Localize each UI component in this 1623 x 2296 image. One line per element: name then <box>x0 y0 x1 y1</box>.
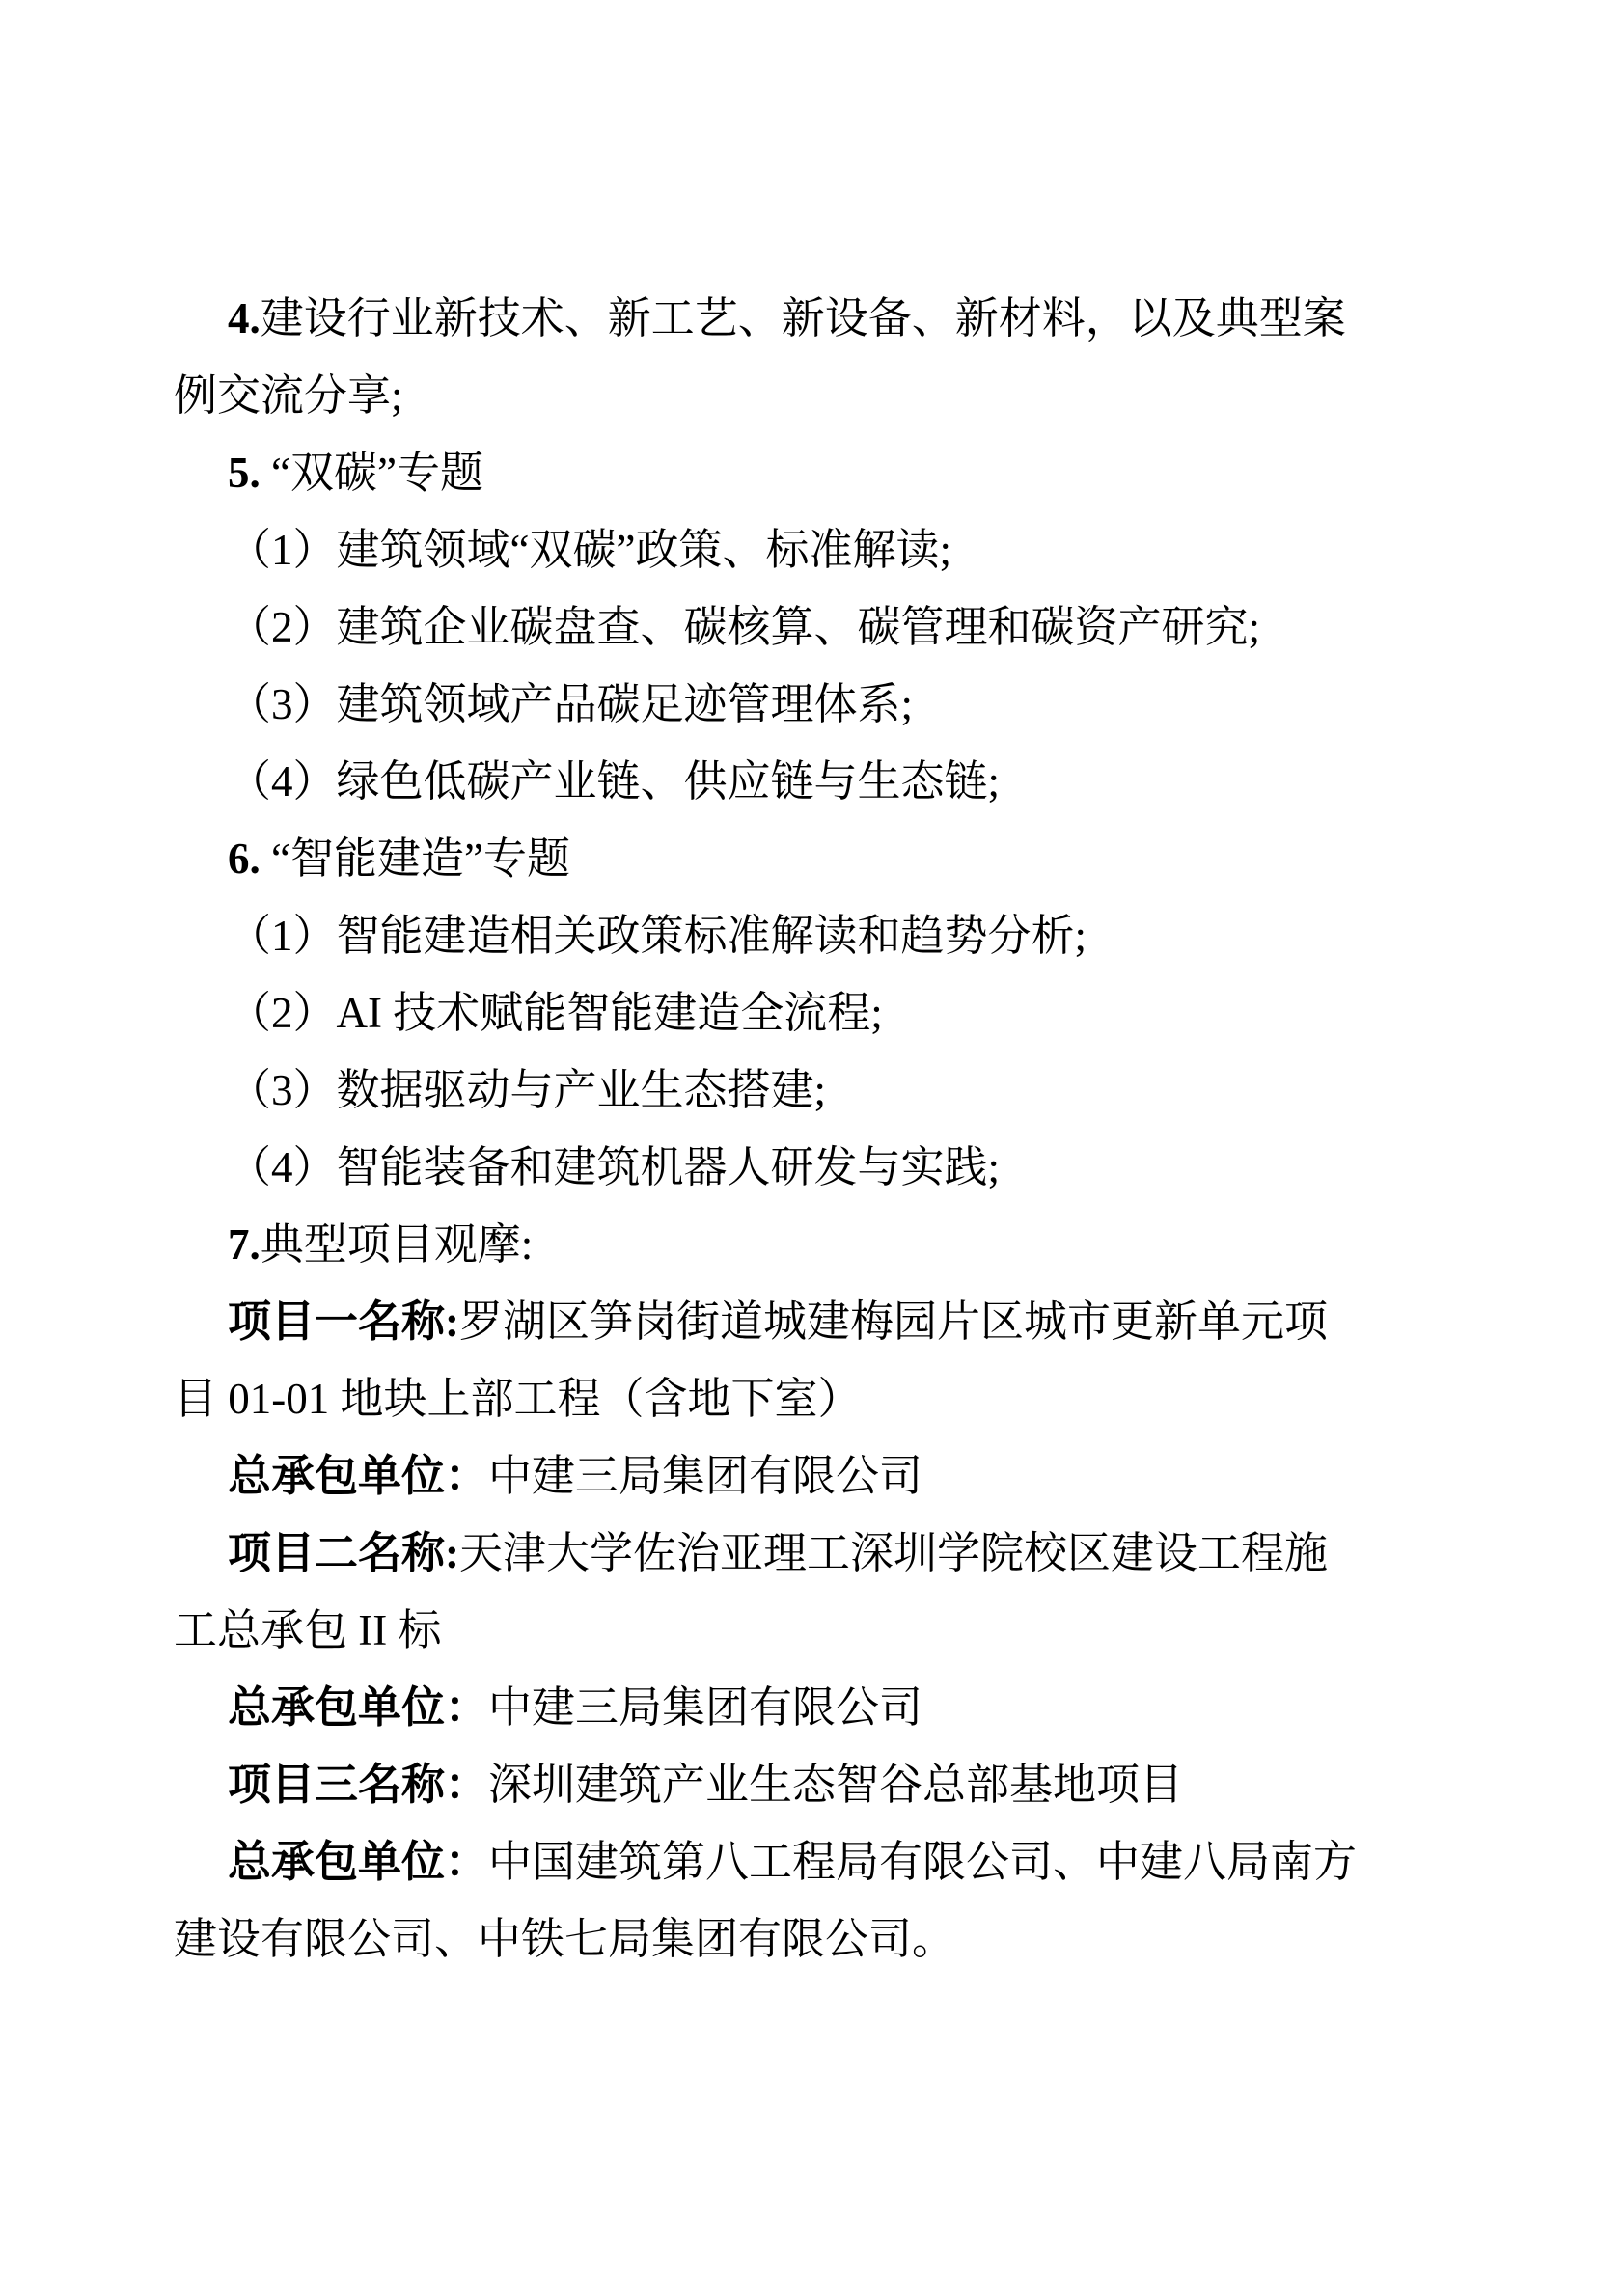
document-line: 总承包单位：中建三局集团有限公司 <box>174 1669 1457 1746</box>
document-line: （3）数据驱动与产业生态搭建; <box>174 1052 1457 1129</box>
line-bold-label: 4. <box>228 294 261 342</box>
line-text: 建设有限公司、中铁七局集团有限公司。 <box>174 1915 955 1963</box>
line-text: 典型项目观摩: <box>261 1220 534 1269</box>
line-text: 罗湖区笋岗街道城建梅园片区城市更新单元项 <box>459 1298 1328 1346</box>
line-text: 深圳建筑产业生态智谷总部基地项目 <box>488 1761 1183 1809</box>
document-line: 总承包单位：中建三局集团有限公司 <box>174 1437 1457 1515</box>
document-line: （2）AI 技术赋能智能建造全流程; <box>174 974 1457 1052</box>
document-line: 项目三名称：深圳建筑产业生态智谷总部基地项目 <box>174 1746 1457 1823</box>
line-bold-label: 项目二名称: <box>228 1529 459 1577</box>
document-line: （4）智能装备和建筑机器人研发与实践; <box>174 1129 1457 1206</box>
line-text: 建设行业新技术、新工艺、新设备、新材料，以及典型案 <box>261 294 1346 342</box>
document-line: 工总承包 II 标 <box>174 1592 1457 1669</box>
line-text: （3）建筑领域产品碳足迹管理体系; <box>228 680 913 728</box>
document-line: 6. “智能建造”专题 <box>174 820 1457 897</box>
line-text: （3）数据驱动与产业生态搭建; <box>228 1066 826 1114</box>
line-text: （2）建筑企业碳盘查、碳核算、碳管理和碳资产研究; <box>228 603 1260 651</box>
document-line: （3）建筑领域产品碳足迹管理体系; <box>174 666 1457 743</box>
document-line: 总承包单位：中国建筑第八工程局有限公司、中建八局南方 <box>174 1823 1457 1900</box>
document-line: （1）智能建造相关政策标准解读和趋势分析; <box>174 897 1457 974</box>
line-text: （1）智能建造相关政策标准解读和趋势分析; <box>228 912 1087 960</box>
document-page: 4.建设行业新技术、新工艺、新设备、新材料，以及典型案例交流分享;5. “双碳”… <box>0 0 1623 2296</box>
line-text: 中建三局集团有限公司 <box>488 1683 922 1732</box>
line-text: （1）建筑领域“双碳”政策、标准解读; <box>228 526 951 574</box>
line-bold-label: 6. <box>228 834 261 883</box>
document-line: 4.建设行业新技术、新工艺、新设备、新材料，以及典型案 <box>174 280 1457 357</box>
document-line: 项目二名称:天津大学佐治亚理工深圳学院校区建设工程施 <box>174 1515 1457 1592</box>
document-line: （4）绿色低碳产业链、供应链与生态链; <box>174 743 1457 820</box>
document-line: （1）建筑领域“双碳”政策、标准解读; <box>174 511 1457 588</box>
document-line: 5. “双碳”专题 <box>174 434 1457 511</box>
document-line: 目 01-01 地块上部工程（含地下室） <box>174 1360 1457 1437</box>
line-text: （4）绿色低碳产业链、供应链与生态链; <box>228 757 1000 806</box>
line-text: 工总承包 II 标 <box>174 1606 441 1654</box>
line-bold-label: 总承包单位： <box>228 1683 488 1732</box>
document-line: 7.典型项目观摩: <box>174 1206 1457 1283</box>
line-text: 中建三局集团有限公司 <box>488 1452 922 1500</box>
document-line: 项目一名称:罗湖区笋岗街道城建梅园片区城市更新单元项 <box>174 1283 1457 1360</box>
line-text: 中国建筑第八工程局有限公司、中建八局南方 <box>488 1838 1357 1886</box>
document-body: 4.建设行业新技术、新工艺、新设备、新材料，以及典型案例交流分享;5. “双碳”… <box>174 280 1457 1978</box>
line-bold-label: 7. <box>228 1220 261 1269</box>
line-text: （4）智能装备和建筑机器人研发与实践; <box>228 1143 1000 1191</box>
line-text: 天津大学佐治亚理工深圳学院校区建设工程施 <box>459 1529 1328 1577</box>
line-text: （2）AI 技术赋能智能建造全流程; <box>228 989 883 1037</box>
line-bold-label: 总承包单位： <box>228 1838 488 1886</box>
line-bold-label: 项目三名称： <box>228 1761 488 1809</box>
line-text: “双碳”专题 <box>261 449 483 497</box>
document-line: （2）建筑企业碳盘查、碳核算、碳管理和碳资产研究; <box>174 588 1457 666</box>
line-bold-label: 总承包单位： <box>228 1452 488 1500</box>
document-line: 建设有限公司、中铁七局集团有限公司。 <box>174 1900 1457 1978</box>
document-line: 例交流分享; <box>174 357 1457 434</box>
line-text: “智能建造”专题 <box>261 834 570 883</box>
line-bold-label: 项目一名称: <box>228 1298 459 1346</box>
line-text: 目 01-01 地块上部工程（含地下室） <box>174 1375 862 1423</box>
line-text: 例交流分享; <box>174 371 403 420</box>
line-bold-label: 5. <box>228 449 261 497</box>
